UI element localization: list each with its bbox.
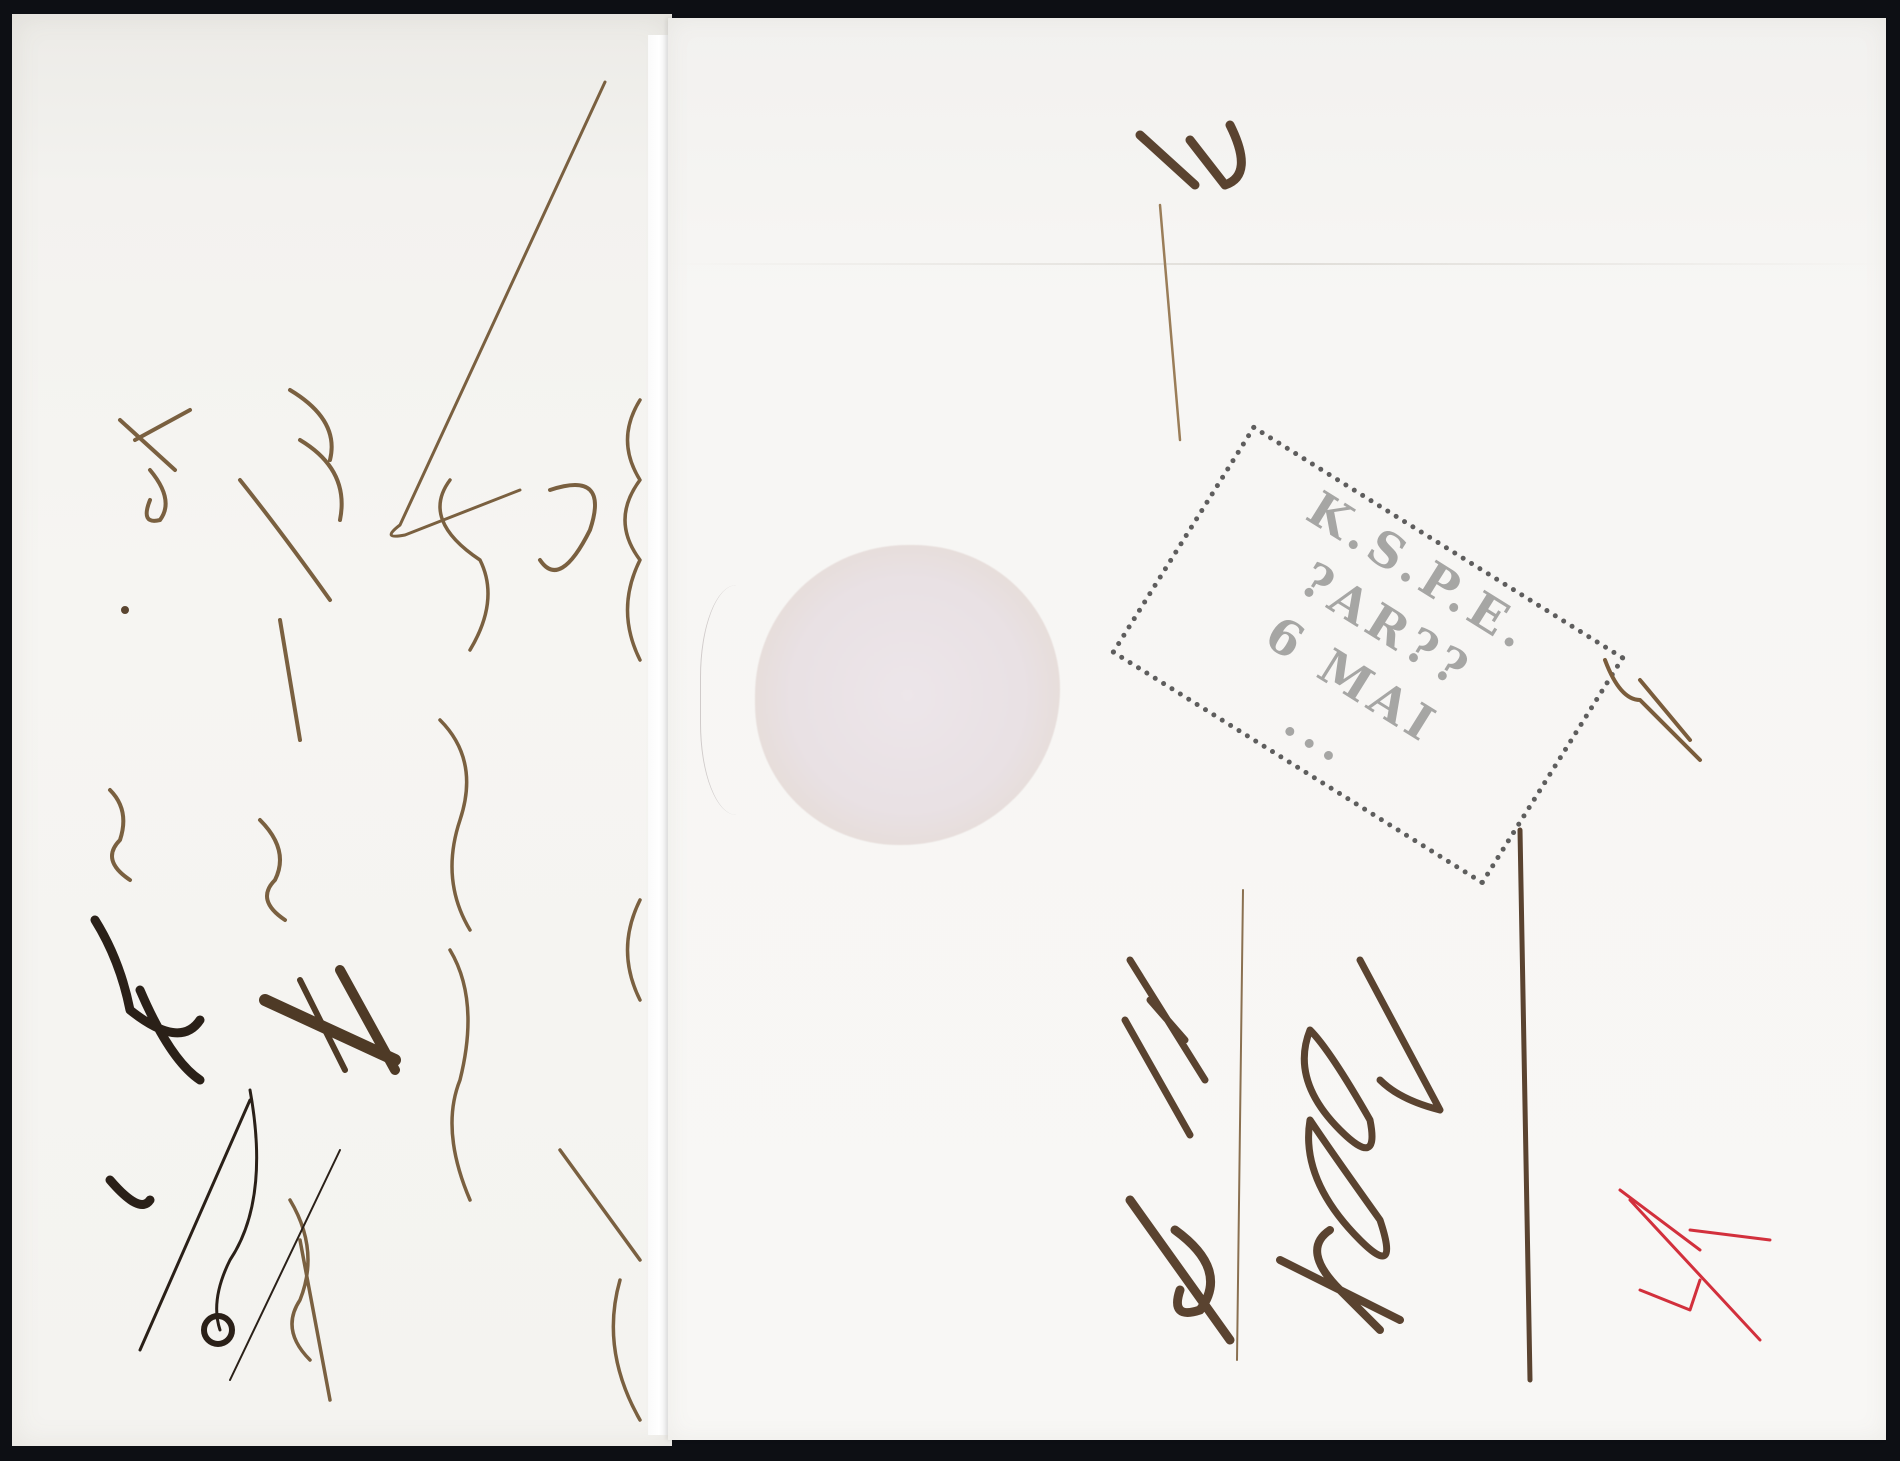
docket-text-fold: ... ins ... fort [610,400,709,419]
marking-rate-left: 6 1/4 [1130,1000,1171,1019]
marking-red-crayon: 4/4 [1630,1200,1656,1219]
docket-sender: Joh. Hammer Sohn [440,480,594,499]
marking-top: 4 [1140,130,1150,149]
handwriting-strokes [0,0,1900,1461]
letter-scan: wax seal remnant K.S.P.E. ?AR?? 6 MAI ..… [0,0,1900,1461]
docket-number: No 3. [100,420,144,439]
docket-date-written: den 20 Jan 1828 [100,800,233,819]
docket-date-received: Empf. den 4 Februar [250,400,418,419]
marking-side-note: fl. [1610,680,1626,699]
marking-rate-main: 28 [1310,1000,1330,1019]
